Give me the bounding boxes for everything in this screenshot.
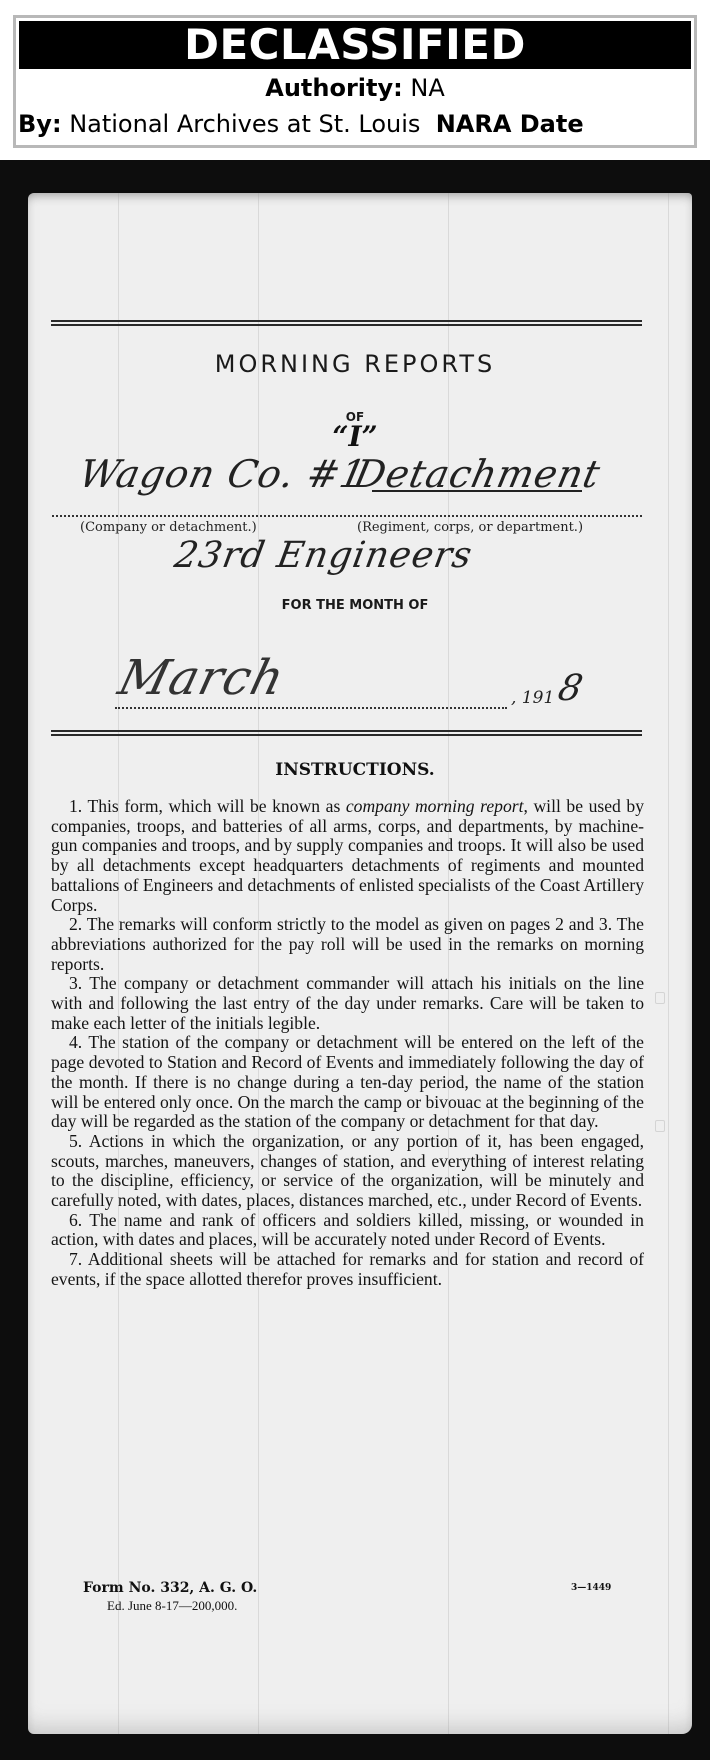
instruction-item: 1. This form, which will be known as com… (51, 797, 644, 915)
instruction-number: 7. (69, 1249, 82, 1269)
form-edition: Ed. June 8-17—200,000. (107, 1598, 237, 1614)
form-code: 3—1449 (571, 1583, 611, 1593)
instructions-heading: INSTRUCTIONS. (0, 760, 710, 780)
instruction-item: 3. The company or detachment commander w… (51, 974, 644, 1033)
instruction-item: 2. The remarks will conform strictly to … (51, 915, 644, 974)
company-handwritten: Wagon Co. #1 (75, 452, 370, 496)
instruction-number: 4. (69, 1032, 82, 1052)
margin-mark (655, 1120, 665, 1132)
instruction-item: 4. The station of the company or detachm… (51, 1033, 644, 1132)
bottom-double-rule (51, 730, 642, 736)
by-value: National Archives at St. Louis (69, 110, 420, 138)
form-number: Form No. 332, A. G. O. (83, 1580, 257, 1596)
instruction-text: Additional sheets will be attached for r… (51, 1249, 644, 1289)
regiment-handwritten: 23rd Engineers (171, 535, 475, 576)
stamp-title: DECLASSIFIED (19, 21, 691, 69)
top-double-rule (51, 320, 642, 326)
year-printed: , 191 (511, 688, 554, 708)
by-label: By: (18, 110, 62, 138)
nara-date-label: NARA Date (436, 110, 584, 138)
instruction-number: 1. (69, 796, 82, 816)
instruction-text: This form, which will be known as (87, 796, 345, 816)
company-field-label: (Company or detachment.) (80, 520, 257, 535)
regiment-field-label: (Regiment, corps, or department.) (357, 520, 583, 535)
company-letter: “I” (0, 420, 710, 453)
company-dotted-line (52, 515, 642, 517)
instruction-text: The station of the company or detachment… (51, 1032, 644, 1131)
month-dotted-line (115, 707, 507, 709)
instruction-text: The name and rank of officers and soldie… (51, 1210, 644, 1250)
stamp-authority: Authority: NA (16, 74, 694, 102)
instruction-item: 5. Actions in which the organization, or… (51, 1132, 644, 1211)
instruction-italic-term: company morning report (346, 796, 524, 816)
month-handwritten: March (113, 650, 290, 706)
instruction-number: 5. (69, 1131, 82, 1151)
stamp-by-line: By: National Archives at St. Louis NARA … (16, 110, 694, 138)
margin-mark (655, 992, 665, 1004)
authority-label: Authority: (265, 74, 402, 102)
instructions-list: 1. This form, which will be known as com… (51, 797, 644, 1290)
instruction-number: 3. (69, 973, 82, 993)
form-title: MORNING REPORTS (0, 350, 710, 378)
declassified-stamp: DECLASSIFIED Authority: NA By: National … (13, 15, 697, 148)
instruction-number: 2. (69, 914, 82, 934)
instruction-item: 7. Additional sheets will be attached fo… (51, 1250, 644, 1289)
instruction-item: 6. The name and rank of officers and sol… (51, 1211, 644, 1250)
instruction-text: Actions in which the organization, or an… (51, 1131, 644, 1210)
month-label: FOR THE MONTH OF (0, 598, 710, 613)
authority-value: NA (410, 74, 444, 102)
handwritten-strike-line (372, 490, 582, 492)
instruction-text: The remarks will conform strictly to the… (51, 914, 644, 973)
instruction-number: 6. (69, 1210, 82, 1230)
instruction-text: The company or detachment commander will… (51, 973, 644, 1032)
